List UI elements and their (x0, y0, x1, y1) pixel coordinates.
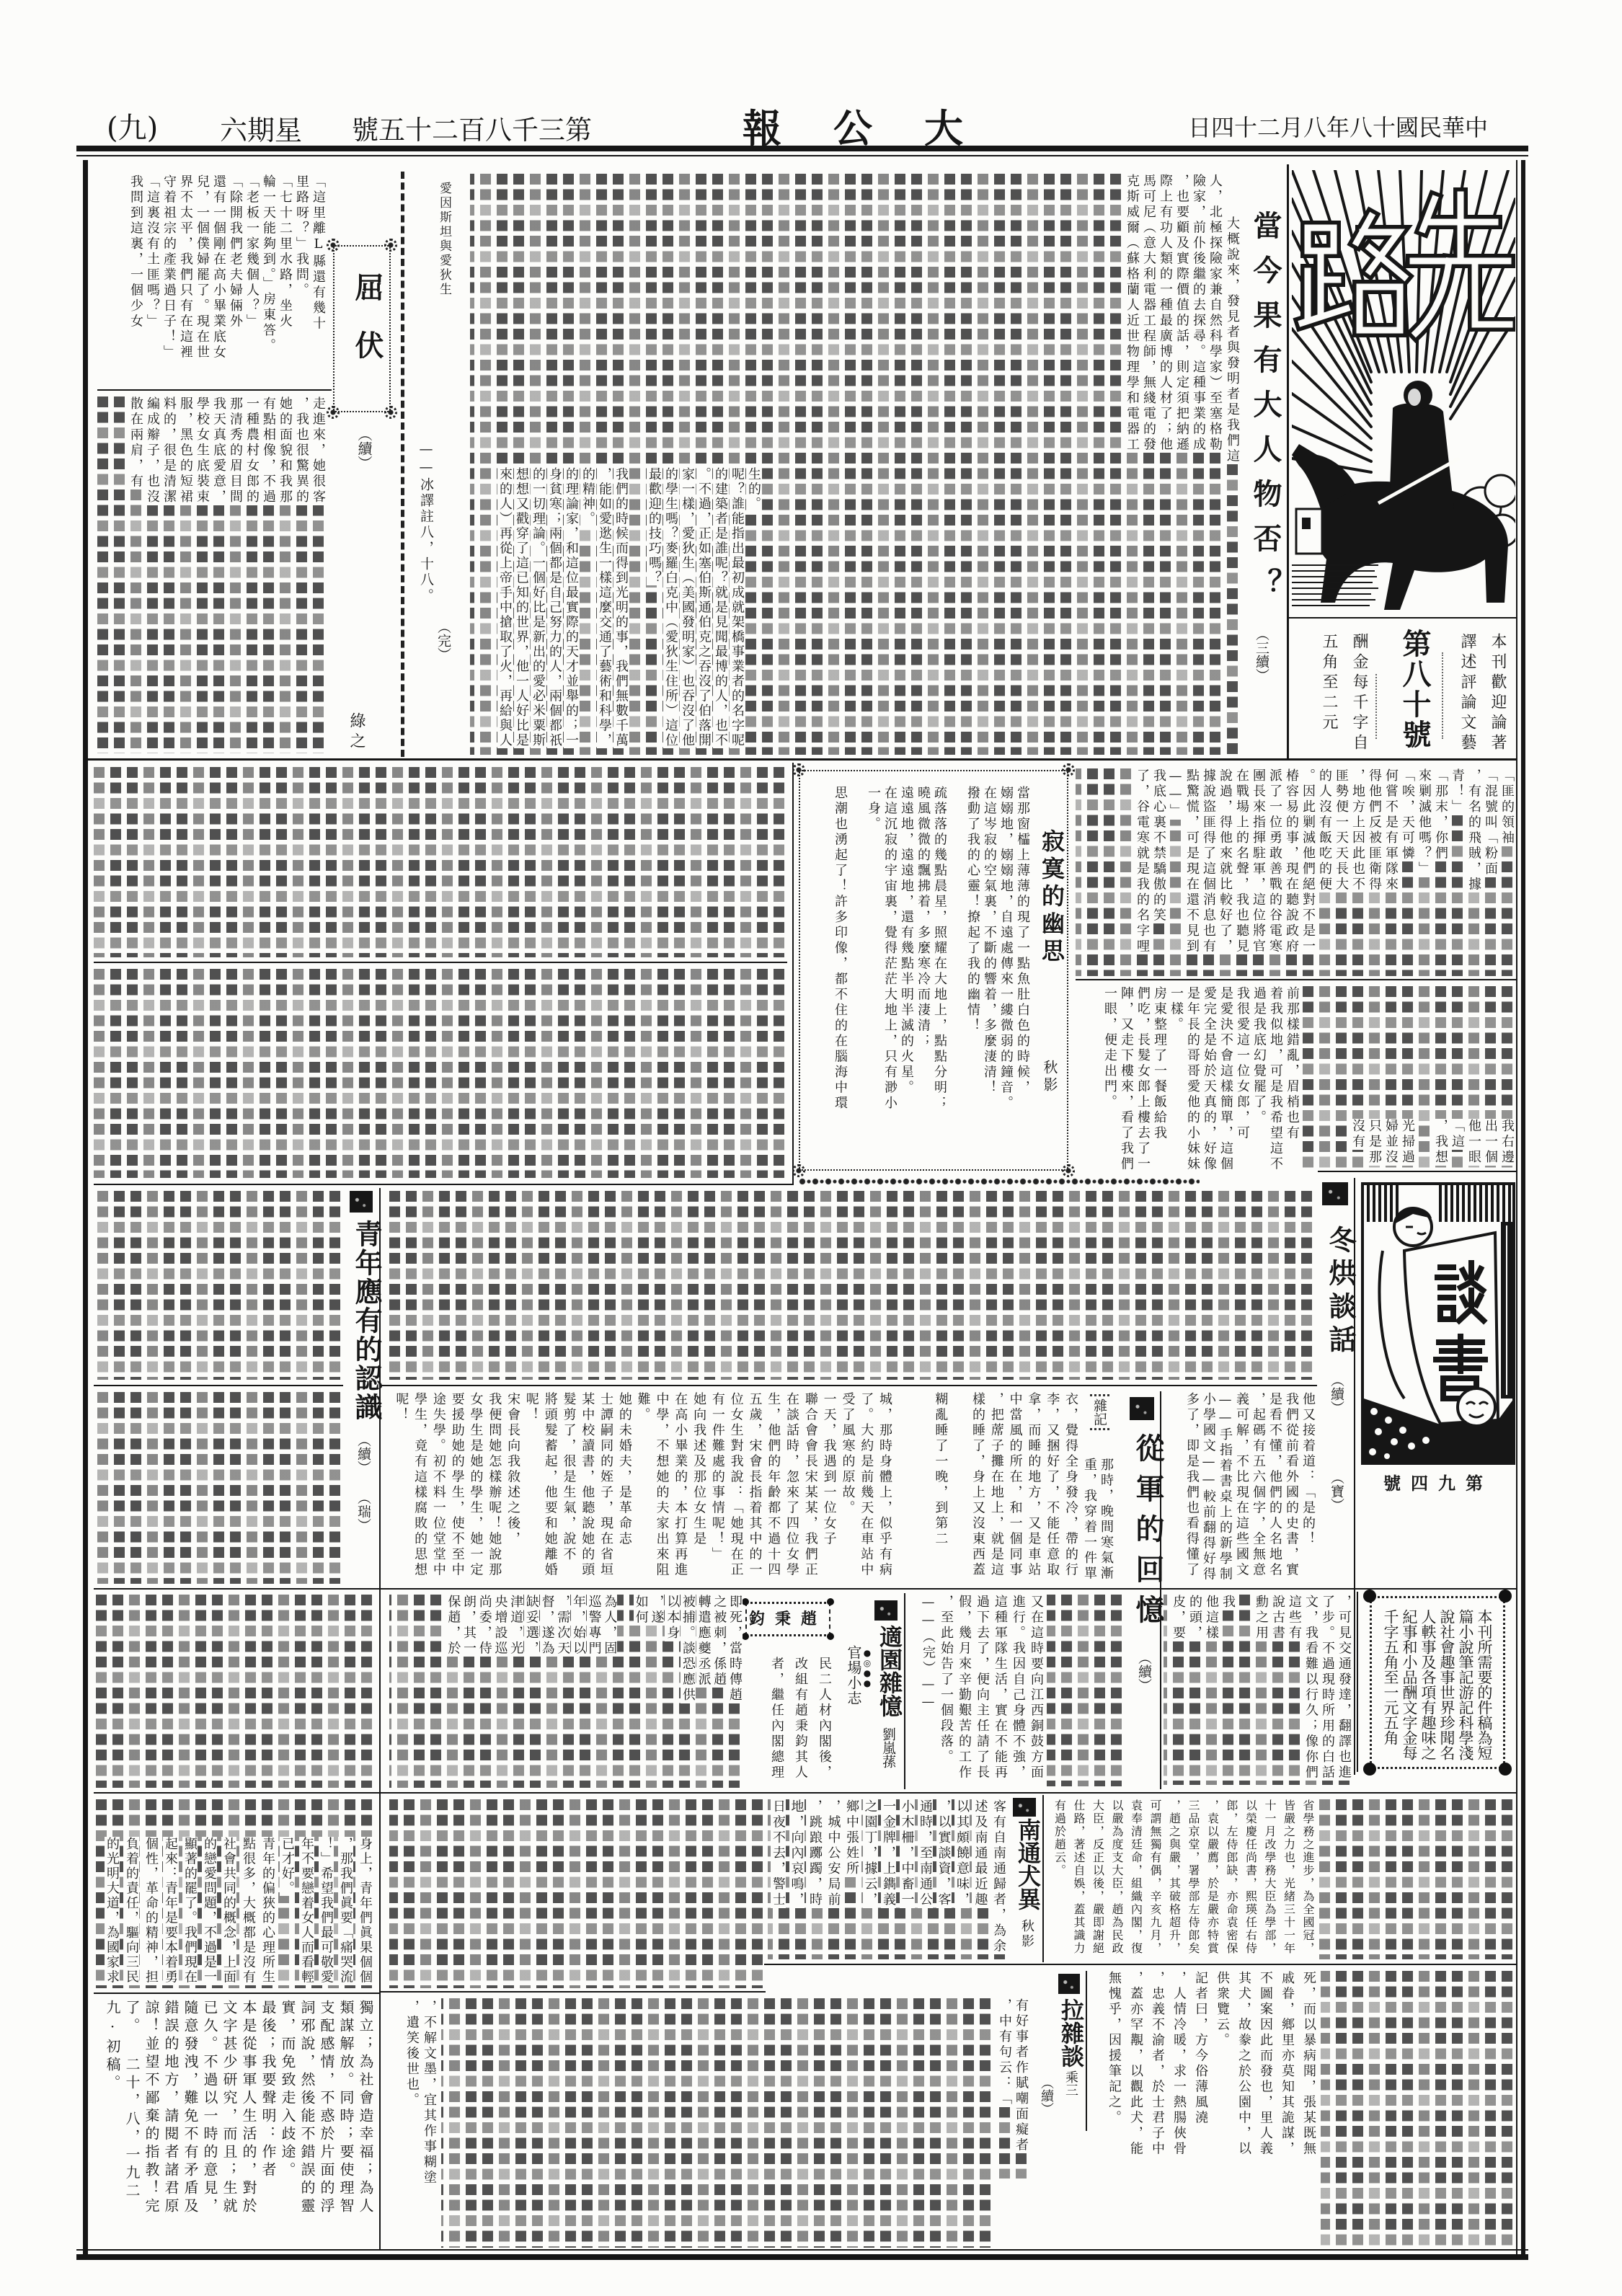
congjun-ending-text: 又在這時要向江西銅鼓方面 進行。我因自己身體不強， 這種軍隊生活，實在不能再 過… (921, 1595, 1044, 1781)
section-square-icon (350, 1191, 373, 1213)
qingnian-illegible-columns (94, 1191, 343, 1380)
tier-rule (94, 1993, 379, 1994)
masthead-inner-rule (1289, 617, 1517, 619)
main-article-closing-text: 生的。 呢？誰能指出最初成就架橋事業者的名字呢 的建築者是誰呢？就是見聞最博的人… (497, 467, 761, 748)
congjun-intro-text: 那時，晚間寒氣漸 重，我穿着一件單 (1082, 1458, 1114, 1582)
column-separator (1354, 1178, 1355, 1775)
dongxun-author: （寶） (1327, 1471, 1347, 1512)
lazatan-continuation-mark: （續） (1037, 2076, 1055, 2115)
tier-rule (380, 1588, 1517, 1590)
lazatan-text: 有好事者作賦嘲面癡者 ，中有句云：「 (997, 1998, 1029, 2153)
corner-dot-icon (742, 1633, 749, 1640)
main-article-opening-text: 人，北極探險家兼自然科學家）至塞格勒 險家，前仆後繼的去探尋。這種事業的成 ，也… (1125, 174, 1223, 453)
tier-rule (94, 1385, 343, 1386)
corner-dot-icon (1363, 1590, 1376, 1603)
ornamental-border-row (799, 1176, 1200, 1187)
shiyuan-author: 劉嵐蓀 (879, 1727, 898, 1768)
shiyuan-intro-text: 民二人材內閣後， 改組有趙秉鈞其人 者，繼任內閣總理 (769, 1657, 832, 1781)
section-square-icon (1322, 1182, 1348, 1205)
column-separator (1357, 1592, 1358, 1772)
header-rule-thin (76, 155, 1528, 156)
illegible-columns (1321, 1971, 1515, 2248)
column-separator (1160, 1391, 1161, 1789)
congjun-main-text: 衣，覺得全身發冷，帶的行 李，又捆好了，不能任意取 拿，而睡的地方，又是車站 中… (394, 1392, 1078, 1578)
section-square-icon (874, 1600, 898, 1621)
wavy-ornament (1442, 652, 1443, 739)
xianlu-woodcut-illustration (1292, 170, 1515, 616)
nantong-ending-text: 死，而以暴病聞，張某既無 戚眷，鄉里亦莫知其詭謀， 不圖案因此而發也，里人義 其… (1107, 1971, 1316, 2157)
dongxun-dialogue-columns-2: ，可見交通發達，翻譯也進 了步。不過現時所用的白話 文，我看難以行久；像你們 這… (1164, 1595, 1352, 1785)
dongxun-dialogue-illegible-columns (389, 1191, 1315, 1380)
corner-ornament-icon (384, 406, 397, 419)
page-number: (九) (107, 105, 158, 146)
qingnian-continuation-mark: （續） (354, 1433, 373, 1474)
shiyuan-continued-columns: 省學務之進步，為全國冠， 皆嚴之力也，光緒三十一年 十一月改學務大臣為學部， 以… (1049, 1799, 1317, 1959)
shiyuan-title: 適園雜憶 (873, 1625, 906, 1717)
tier-rule (94, 1184, 793, 1185)
weekday: 星期六 (220, 108, 302, 148)
qufu-upper-text: 「這里離L縣還有幾十 里路呀？」我問。 「七十二里水路，坐火 輪一天能夠到。」房… (128, 174, 326, 360)
page-border-left (83, 160, 88, 2255)
story-column-endings-text: 我右邊 出一個 他一眼 「這 ，我想 光掃過 婦並沒 只是那 沒有 (1350, 1119, 1515, 1166)
qufu-tier-rule (97, 389, 332, 391)
tier-rule (380, 1991, 766, 1993)
dongxun-dialogue-columns: 他又接着道：「是的！ 我們從前看外國的史書，實 是看不懂，他們的人名地名 ，起碼… (1164, 1392, 1316, 1584)
shiyuan-ending-text: ，不解文墨，宜其作事糊塗 ，遺笑後世也。 (404, 2000, 437, 2186)
listener-face-icon (1458, 1388, 1495, 1426)
tier-rule (764, 1964, 1517, 1965)
corner-dot-icon (827, 1633, 834, 1640)
section-square-icon (1013, 1798, 1036, 1817)
band-a-divider (88, 758, 1516, 761)
story-continuation-columns (94, 969, 787, 1178)
nantong-opening-columns: 客有自南通歸者，為余 述及南通最近趣 以其頗饒意味， ，以實談資，客 通時，至南… (768, 1799, 1008, 1959)
congjun-illegible-columns (1047, 1595, 1125, 1786)
dongxun-continuation-mark: （續） (1327, 1373, 1347, 1414)
poem-text: 當那窗櫺上薄薄的現了一點魚肚白色的時候， 嫋嫋地，嫋嫋地，自遠處傳來一縷微弱的鐘… (833, 786, 1030, 1112)
corner-ornament-icon (384, 239, 397, 252)
qufu-title: 屈伏 (347, 272, 388, 388)
qufu-lower-text: 走進來，她很客 ，我也很驚異的 她的面貌和我那 有點相像，不過 一種農村女郎的 … (128, 396, 326, 505)
issue-number: 第三千八百二十五號 (352, 108, 592, 147)
dongxun-dialogue-text-2: ，可見交通發達，翻譯也進 了步。不過現時所用的白話 文，我看難以行久；像你們 這… (1171, 1595, 1352, 1781)
poem-body: 當那窗櫺上薄薄的現了一點魚肚白色的時候， 嫋嫋地，嫋嫋地，自遠處傳來一縷微弱的鐘… (805, 786, 1031, 1161)
house-icon (1296, 509, 1322, 554)
lazatan-title: 拉雜談 (1055, 1998, 1088, 2067)
subject-name: 趙秉鈞 (747, 1604, 829, 1634)
main-article-first-text: 大概說來，發見者與發明者是我們這 (1225, 216, 1240, 464)
column-dashed-separator (401, 172, 404, 757)
qingnian-illegible-columns (94, 1595, 375, 1788)
shiyuan-body-text: 即死，當時傳趙 之被刺，係趙 轉遣應夔丞派 被捕。談恐應供 以本身 ，遂 如何 … (446, 1595, 743, 1703)
section-square-icon (1130, 1397, 1154, 1420)
masthead-fee-line-2: 五角至二元 (1318, 633, 1340, 734)
column-separator (792, 763, 794, 1185)
shiyuan-body-columns: 即死，當時傳趙 之被刺，係趙 轉遣應夔丞派 被捕。談恐應供 以本身 ，遂 如何 … (389, 1595, 743, 1788)
lazatan-columns: 有好事者作賦嘲面癡者 ，中有句云：「 (995, 1998, 1029, 2178)
masthead-notice-line-1: 本刊歡迎論著 (1486, 633, 1509, 754)
submission-notice-text: 本刊所需要的件稿為短 篇小說筆記游記科學淺 說社會趣事世界珍聞名 人軼事及各項有… (1381, 1609, 1494, 1763)
footer-rule-thin (76, 2249, 1528, 2251)
qufu-continuation-mark: （續） (354, 427, 375, 470)
corner-ornament-icon (327, 239, 340, 252)
tier-rule (94, 1588, 379, 1590)
congjun-continuation-mark: （續） (1135, 1651, 1154, 1692)
tier-rule (380, 1385, 1317, 1386)
corner-dot-icon (827, 1598, 834, 1605)
tier-rule (1076, 979, 1516, 980)
bandit-dialogue-columns: 「匪的領袖 「混號叫「粉面 ，有名的飛賊，據 青！」 「那末，你們 來剿滅他嗎？… (1076, 768, 1515, 976)
main-article-continuation-mark: （三續） (1252, 627, 1272, 682)
reading-book-illustration (1361, 1182, 1515, 1465)
main-article-subheading: 愛因斯坦與愛狄生 (435, 182, 453, 297)
corner-dot-icon (1499, 1763, 1512, 1776)
tier-rule (94, 962, 787, 963)
qingnian-upper-columns: 身上，青年們眞果個個 ，那我們眞要「痛哭流 ！」希望我們最可敬愛 年不要戀着女人… (94, 1837, 375, 1990)
masthead-issue-number: 第八十號 (1394, 629, 1435, 750)
tier-rule (1318, 1171, 1516, 1172)
illustration-issue-number: 第九四號 (1361, 1469, 1515, 1494)
qingnian-author: （瑞） (354, 1491, 373, 1532)
shiyuan-column-name: 官場小志 (843, 1645, 864, 1706)
corner-ornament-icon (1062, 1164, 1075, 1177)
newspaper-page: (九) 星期六 第三千八百二十五號 大公報 中華民國十八年八月二十四日 「這里離… (0, 0, 1622, 2296)
nantong-title: 南通犬異 (1011, 1818, 1045, 1910)
illegible-columns (441, 1998, 993, 2248)
column-separator (379, 1188, 381, 2249)
main-article-opening-columns: 人，北極探險家兼自然科學家）至塞格勒 險家，前仆後繼的去探尋。這種事業的成 ，也… (1119, 174, 1223, 484)
corner-dot-icon (1363, 1763, 1376, 1776)
miscellany-label: 雜記 (1090, 1394, 1109, 1430)
masthead-box-border (1287, 164, 1289, 760)
story-continuation-columns (94, 767, 787, 957)
corner-ornament-icon (1062, 763, 1075, 776)
poem-title: 寂寞的幽思 (1035, 829, 1068, 966)
corner-ornament-icon (792, 763, 805, 776)
corner-dot-icon (1499, 1590, 1512, 1603)
header-rule-thick (76, 146, 1528, 151)
poem-author: 秋影 (1040, 1060, 1060, 1094)
masthead-fee-line-1: 酬金每千字自 (1348, 633, 1370, 754)
subject-name-box: 趙秉鈞 (745, 1602, 830, 1636)
qufu-lower-columns: 走進來，她很客 ，我也很驚異的 她的面貌和我那 有點相像，不過 一種農村女郎的 … (97, 396, 327, 753)
nantong-opening-text: 客有自南通歸者，為余 述及南通最近趣 以其頗饒意味， ，以實談資，客 通時，至南… (771, 1799, 1006, 1954)
qingnian-illegible-columns (94, 1392, 343, 1584)
landlord-girl-columns: 前那樣錯亂，眉梢也有 着我似地，可是我希望這不 過是我底幻覺罷了。 我很愛這一位… (1077, 986, 1300, 1175)
corner-dot-icon (742, 1598, 749, 1605)
nantong-ending-columns: 死，而以暴病聞，張某既無 戚眷，鄉里亦莫知其詭謀， 不圖案因此而發也，里人義 其… (1094, 1971, 1319, 2187)
section-square-icon (1058, 1974, 1080, 1994)
shiyuan-ending-columns: ，不解文墨，宜其作事糊塗 ，遺笑後世也。 (393, 2000, 438, 2216)
main-article-byline: ——冰譯註八，十八。 (417, 441, 436, 604)
dongxun-dialogue-text: 他又接着道：「是的！ 我們從前看外國的史書，實 是看不懂，他們的人名地名 ，起碼… (1184, 1392, 1316, 1582)
qingnian-closing-columns: 獨立；為社會造幸福；為人 類謀解放。同時；要使理智 支配感情，不惑於片面的浮 詞… (94, 2000, 375, 2248)
main-article-title: 當今果有大人物否？ (1245, 210, 1286, 613)
landlord-girl-text: 前那樣錯亂，眉梢也有 着我似地，可是我希望這不 過是我底幻覺罷了。 我很愛這一位… (1102, 986, 1300, 1172)
shiyuan-illegible-columns (1319, 1799, 1515, 1959)
congjun-intro-columns: 那時，晚間寒氣漸 重，我穿着一件單 (1078, 1458, 1114, 1584)
qufu-upper-columns: 「這里離L縣還有幾十 里路呀？」我問。 「七十二里水路，坐火 輪一天能夠到。」房… (97, 174, 327, 385)
nantong-illegible-columns (389, 1799, 766, 1988)
shiyuan-intro-columns: 民二人材內閣後， 改組有趙秉鈞其人 者，繼任內閣總理 (764, 1657, 836, 1786)
qingnian-upper-text: 身上，青年們眞果個個 ，那我們眞要「痛哭流 ！」希望我們最可敬愛 年不要戀着女人… (105, 1837, 373, 1985)
tier-rule (94, 1792, 379, 1794)
congjun-main-columns: 衣，覺得全身發冷，帶的行 李，又捆好了，不能任意取 拿，而睡的地方，又是車站 中… (389, 1392, 1080, 1584)
page-border-right-outer (1521, 160, 1525, 2255)
main-article-end-mark: （完） (434, 620, 453, 661)
corner-ornament-icon (792, 1164, 805, 1177)
story-column-endings: 我右邊 出一個 他一眼 「這 ，我想 光掃過 婦並沒 只是那 沒有 (1321, 1119, 1515, 1166)
nantong-author: 秋影 (1017, 1919, 1036, 1949)
masthead-notice-line-2: 譯述評論文藝 (1456, 633, 1479, 754)
publication-date: 中華民國十八年八月二十四日 (1188, 110, 1488, 143)
main-article-closing-columns: 生的。 呢？誰能指出最初成就架橋事業者的名字呢 的建築者是誰呢？就是見聞最博的人… (470, 467, 762, 754)
main-article-first-column: 大概說來，發見者與發明者是我們這 (1224, 216, 1241, 755)
corner-ornament-icon (327, 406, 340, 419)
page-border-right-inner (1516, 160, 1517, 2255)
footer-rule-thick (76, 2254, 1528, 2260)
shiyuan-continued-text: 省學務之進步，為全國冠， 皆嚴之力也，光緒三十一年 十一月改學務大臣為學部， 以… (1053, 1799, 1316, 1955)
bandit-dialogue-text: 「匪的領袖 「混號叫「粉面 ，有名的飛賊，據 青！」 「那末，你們 來剿滅他嗎？… (1135, 768, 1515, 954)
qingnian-closing-text: 獨立；為社會造幸福；為人 類謀解放。同時；要使理智 支配感情，不惑於片面的浮 詞… (104, 2000, 374, 2216)
lazatan-author: 乘三 (1061, 2070, 1080, 2096)
qufu-author: 綠之 (345, 712, 368, 753)
wavy-ornament (1375, 674, 1377, 739)
tier-rule (380, 1792, 1517, 1794)
congjun-title: 從軍的回憶 (1127, 1433, 1169, 1635)
congjun-ending-columns: 又在這時要向江西銅鼓方面 進行。我因自己身體不強， 這種軍隊生活，實在不能再 過… (916, 1595, 1045, 1786)
